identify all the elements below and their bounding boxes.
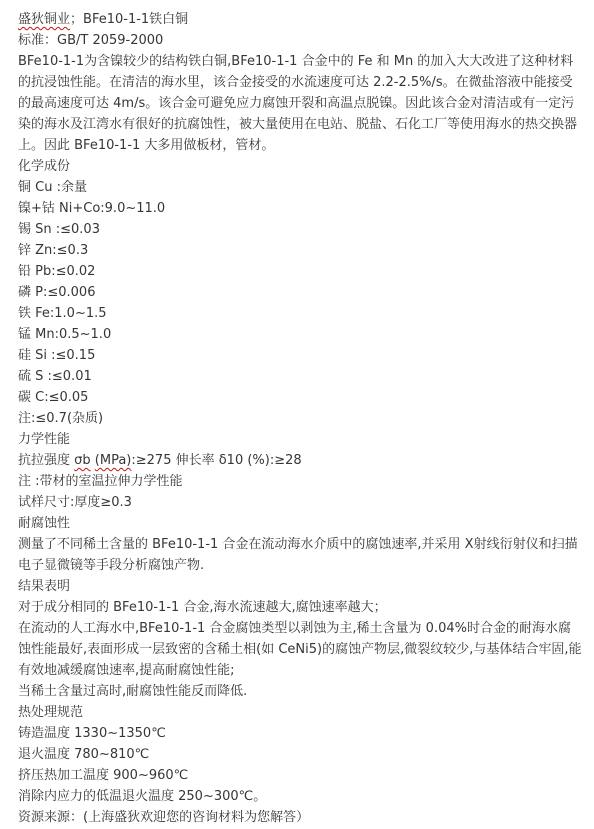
- mechanical-note: 注 :带材的室温拉伸力学性能: [18, 471, 582, 492]
- section-heading-heat-treatment: 热处理规范: [18, 702, 582, 723]
- specimen-size-line: 试样尺寸:厚度≥0.3: [18, 492, 582, 513]
- heat-item-stress-relief-temp: 消除内应力的低温退火温度 250~300℃。: [18, 786, 582, 807]
- chem-item-mn: 锰 Mn:0.5~1.0: [18, 324, 582, 345]
- product-name: BFe10-1-1铁白铜: [83, 12, 188, 27]
- chem-item-s: 硫 S :≤0.01: [18, 366, 582, 387]
- heat-item-casting-temp: 铸造温度 1330~1350℃: [18, 723, 582, 744]
- chem-item-sn: 锡 Sn :≤0.03: [18, 219, 582, 240]
- tensile-symbol: σb: [74, 453, 91, 468]
- tensile-strength-label: 抗拉强度: [18, 453, 74, 468]
- corrosion-method-paragraph: 测量了不同稀土含量的 BFe10-1-1 合金在流动海水介质中的腐蚀速率,并采用…: [18, 534, 582, 576]
- source-line: 资源来源：(上海盛狄欢迎您的咨询材料为您解答）: [18, 807, 582, 828]
- page-title: 盛狄铜业；BFe10-1-1铁白铜: [18, 9, 582, 30]
- chem-item-fe: 铁 Fe:1.0~1.5: [18, 303, 582, 324]
- heat-item-annealing-temp: 退火温度 780~810℃: [18, 744, 582, 765]
- chem-item-si: 硅 Si :≤0.15: [18, 345, 582, 366]
- chem-item-pb: 铅 Pb:≤0.02: [18, 261, 582, 282]
- chem-item-cu: 铜 Cu :余量: [18, 177, 582, 198]
- title-separator: ；: [70, 12, 83, 27]
- chem-item-p: 磷 P:≤0.006: [18, 282, 582, 303]
- result-item-flow-rate: 对于成分相同的 BFe10-1-1 合金,海水流速越大,腐蚀速率越大；: [18, 597, 582, 618]
- section-heading-chemical-composition: 化学成份: [18, 156, 582, 177]
- chem-item-c: 碳 C:≤0.05: [18, 387, 582, 408]
- chem-item-ni-co: 镍+钴 Ni+Co:9.0~11.0: [18, 198, 582, 219]
- section-heading-corrosion-resistance: 耐腐蚀性: [18, 513, 582, 534]
- results-heading: 结果表明: [18, 576, 582, 597]
- mechanical-values-line: 抗拉强度 σb (MPa):≥275 伸长率 δ10 (%):≥28: [18, 450, 582, 471]
- company-name: 盛狄铜业: [18, 12, 70, 27]
- heat-item-extrusion-temp: 挤压热加工温度 900~960℃: [18, 765, 582, 786]
- intro-paragraph: BFe10-1-1为含镍较少的结构铁白铜,BFe10-1-1 合金中的 Fe 和…: [18, 51, 582, 156]
- result-item-rare-earth: 在流动的人工海水中,BFe10-1-1 合金腐蚀类型以剥蚀为主,稀土含量为 0.…: [18, 618, 582, 681]
- chem-item-impurity-note: 注:≤0.7(杂质): [18, 408, 582, 429]
- standard-line: 标准：GB/T 2059-2000: [18, 30, 582, 51]
- section-heading-mechanical-properties: 力学性能: [18, 429, 582, 450]
- result-item-high-content: 当稀土含量过高时,耐腐蚀性能反而降低.: [18, 681, 582, 702]
- tensile-elongation-values: :≥275 伸长率 δ10 (%):≥28: [131, 453, 301, 468]
- chem-item-zn: 锌 Zn:≤0.3: [18, 240, 582, 261]
- document: 盛狄铜业；BFe10-1-1铁白铜 标准：GB/T 2059-2000 BFe1…: [0, 0, 594, 828]
- tensile-unit: (MPa): [95, 453, 132, 468]
